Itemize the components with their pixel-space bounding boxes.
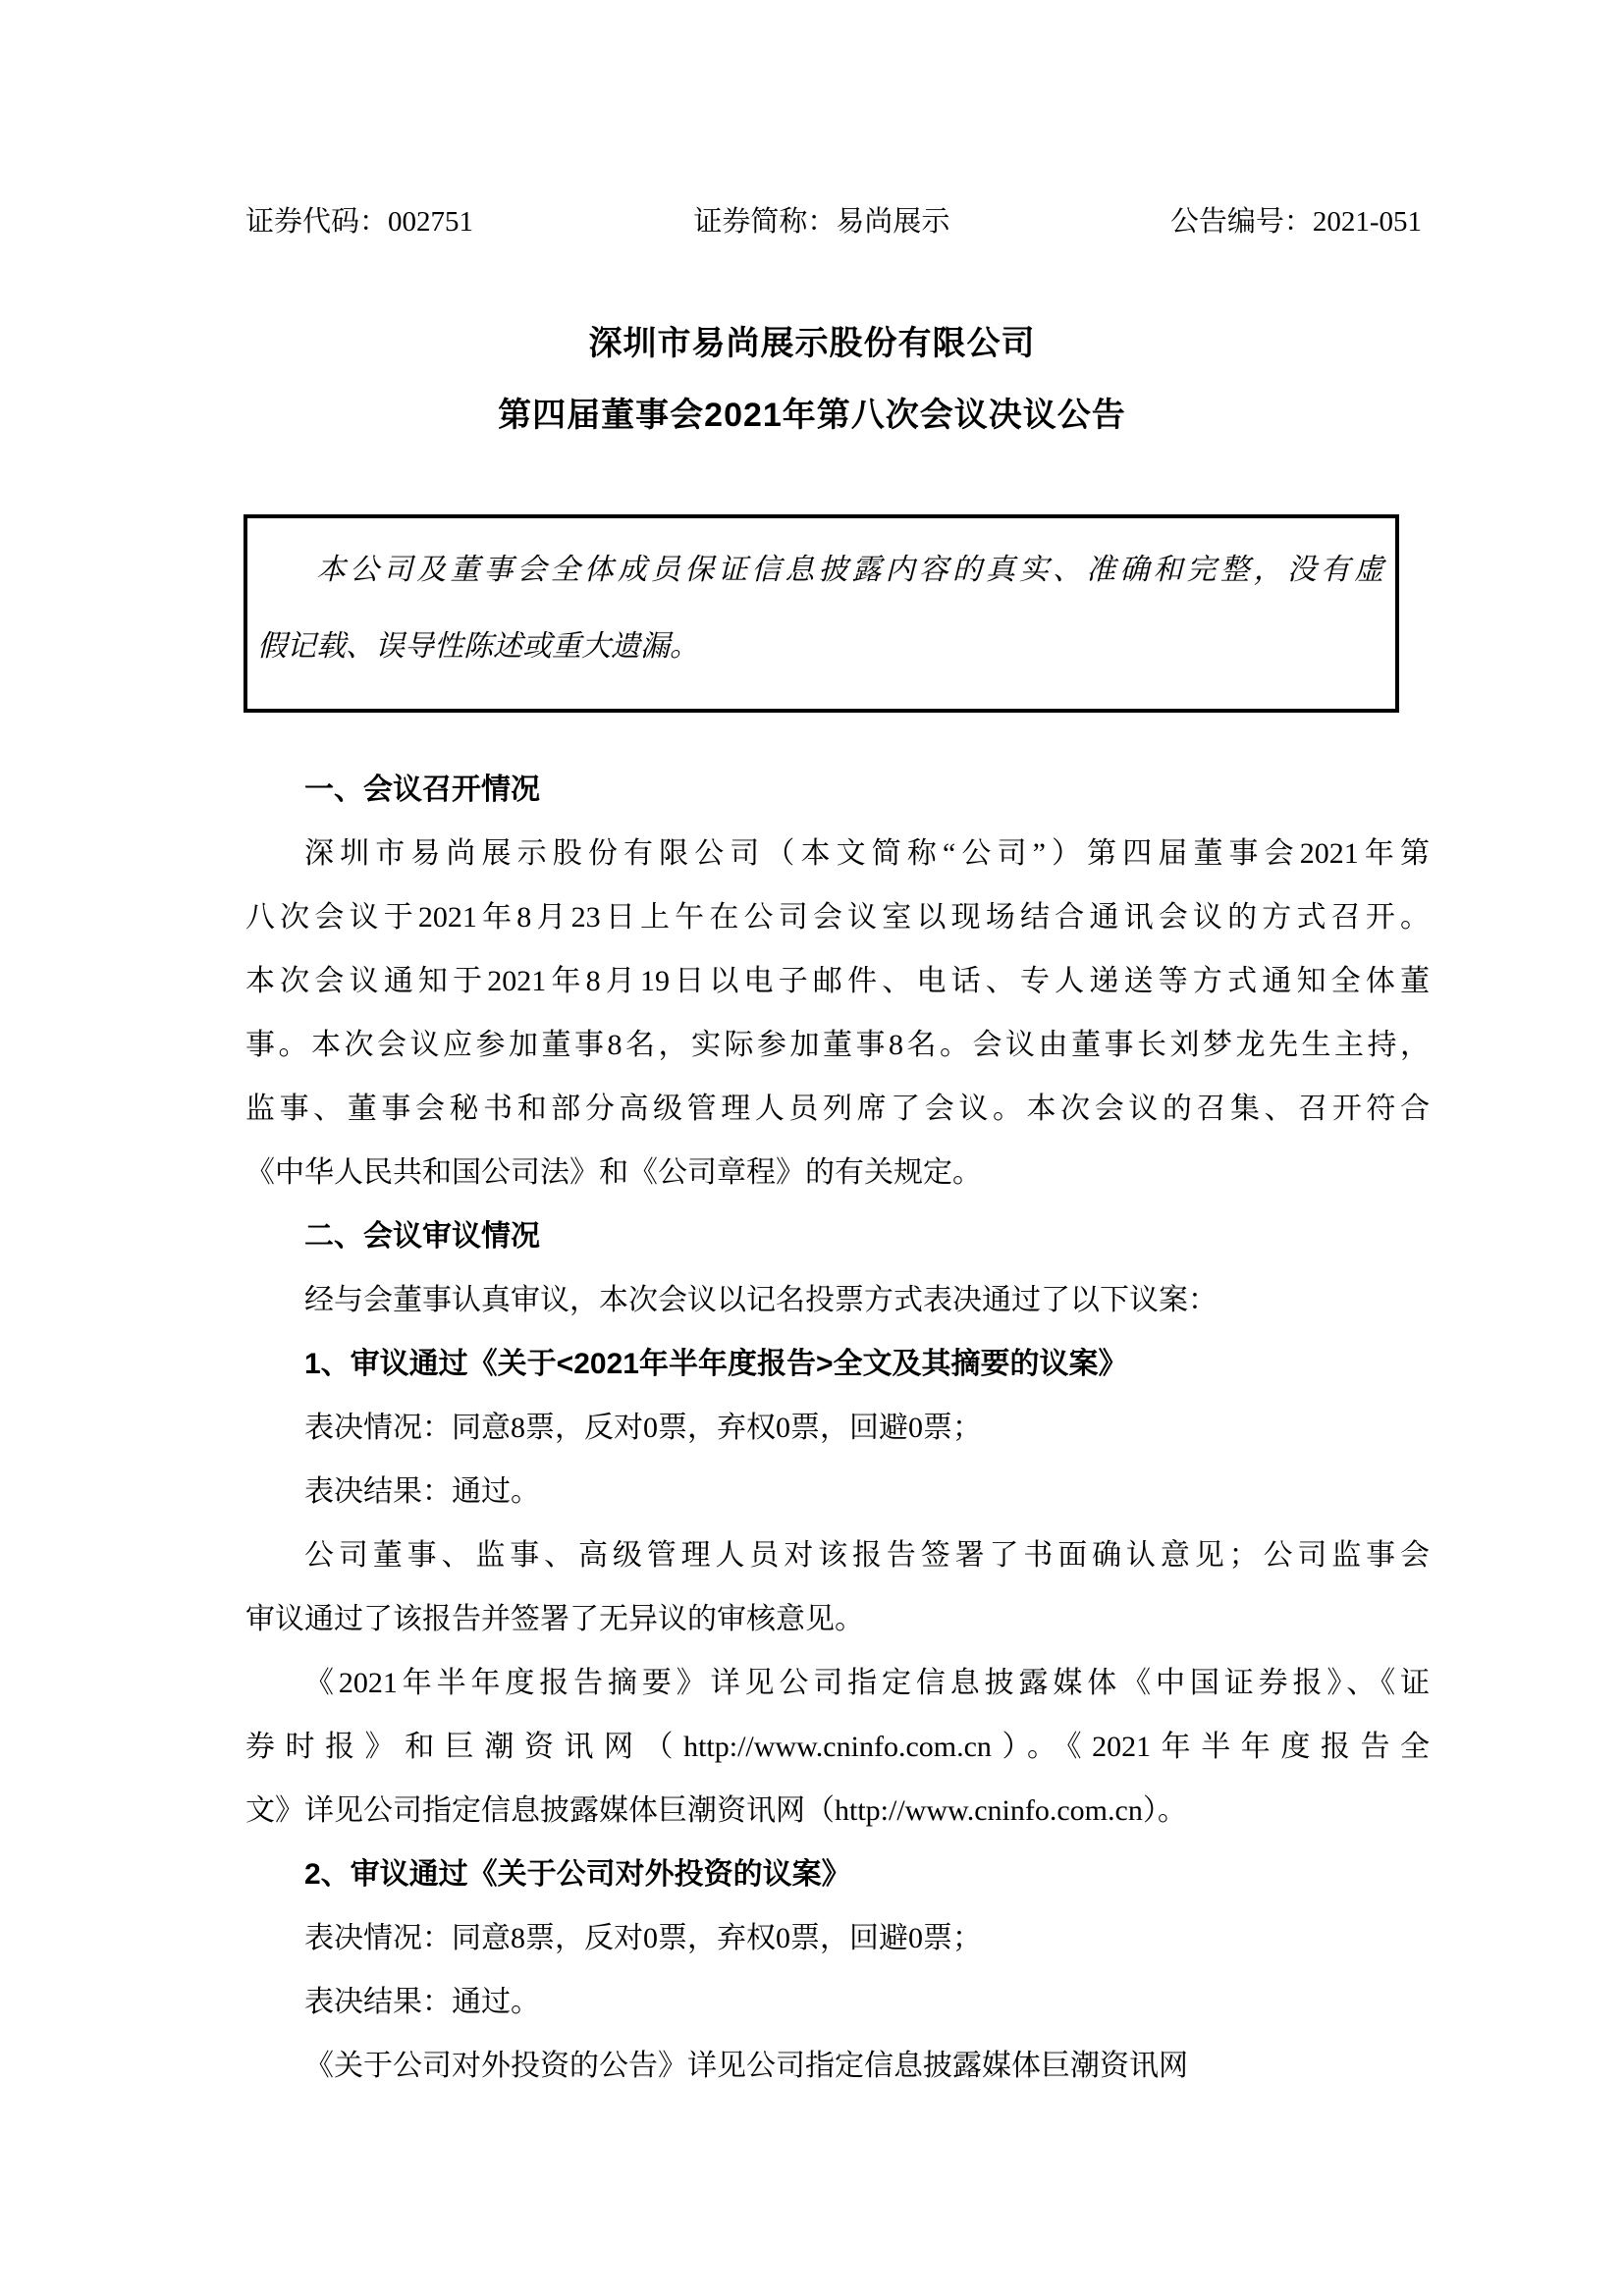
disclaimer-line: 本公司及董事会全体成员保证信息披露内容的真实、准确和完整，没有虚 (257, 532, 1383, 609)
body-text-line: 审议通过了该报告并签署了无异议的审核意见。 (245, 1587, 1430, 1651)
body-text-line: 本次会议通知于2021年8月19日以电子邮件、电话、专人递送等方式通知全体董 (245, 949, 1430, 1013)
announcement-page: 证券代码：002751 证券简称：易尚展示 公告编号：2021-051 深圳市易… (0, 0, 1624, 2296)
body-text-line: 《2021年半年度报告摘要》详见公司指定信息披露媒体《中国证券报》、《证 (245, 1651, 1430, 1715)
body-text-line: 监事、董事会秘书和部分高级管理人员列席了会议。本次会议的召集、召开符合 (245, 1077, 1430, 1141)
body-text-line: 八次会议于2021年8月23日上午在公司会议室以现场结合通讯会议的方式召开。 (245, 885, 1430, 949)
body-text-line: 深圳市易尚展示股份有限公司（本文简称“公司”）第四届董事会2021年第 (245, 822, 1430, 885)
company-title: 深圳市易尚展示股份有限公司 (0, 324, 1624, 363)
document-body: 一、会议召开情况深圳市易尚展示股份有限公司（本文简称“公司”）第四届董事会202… (245, 758, 1430, 2098)
body-text-line: 表决结果：通过。 (245, 1460, 1430, 1523)
body-text-line: 经与会董事认真审议，本次会议以记名投票方式表决通过了以下议案： (245, 1268, 1430, 1332)
section-heading-line: 二、会议审议情况 (245, 1204, 1430, 1268)
stock-short-name: 证券简称：易尚展示 (693, 204, 949, 240)
body-text-line: 表决情况：同意8票，反对0票，弃权0票，回避0票； (245, 1906, 1430, 1970)
body-text-line: 事。本次会议应参加董事8名，实际参加董事8名。会议由董事长刘梦龙先生主持， (245, 1013, 1430, 1077)
section-heading-line: 2、审议通过《关于公司对外投资的议案》 (245, 1842, 1430, 1906)
announcement-title: 第四届董事会2021年第八次会议决议公告 (0, 396, 1624, 435)
section-heading-line: 一、会议召开情况 (245, 758, 1430, 822)
body-text-line: 文》详见公司指定信息披露媒体巨潮资讯网（http://www.cninfo.co… (245, 1779, 1430, 1842)
securities-header-row: 证券代码：002751 证券简称：易尚展示 公告编号：2021-051 (245, 204, 1422, 240)
body-text-line: 《关于公司对外投资的公告》详见公司指定信息披露媒体巨潮资讯网 (245, 2034, 1430, 2098)
disclaimer-line: 假记载、误导性陈述或重大遗漏。 (257, 609, 1383, 685)
stock-code: 证券代码：002751 (245, 204, 473, 240)
disclaimer-box: 本公司及董事会全体成员保证信息披露内容的真实、准确和完整，没有虚假记载、误导性陈… (244, 514, 1399, 713)
body-text-line: 公司董事、监事、高级管理人员对该报告签署了书面确认意见；公司监事会 (245, 1523, 1430, 1587)
body-text-line: 表决结果：通过。 (245, 1970, 1430, 2034)
body-text-line: 《中华人民共和国公司法》和《公司章程》的有关规定。 (245, 1141, 1430, 1204)
body-text-line: 表决情况：同意8票，反对0票，弃权0票，回避0票； (245, 1396, 1430, 1460)
section-heading-line: 1、审议通过《关于<2021年半年度报告>全文及其摘要的议案》 (245, 1332, 1430, 1396)
body-text-line: 券时报》和巨潮资讯网（http://www.cninfo.com.cn）。《20… (245, 1715, 1430, 1779)
announcement-number: 公告编号：2021-051 (1170, 204, 1422, 240)
